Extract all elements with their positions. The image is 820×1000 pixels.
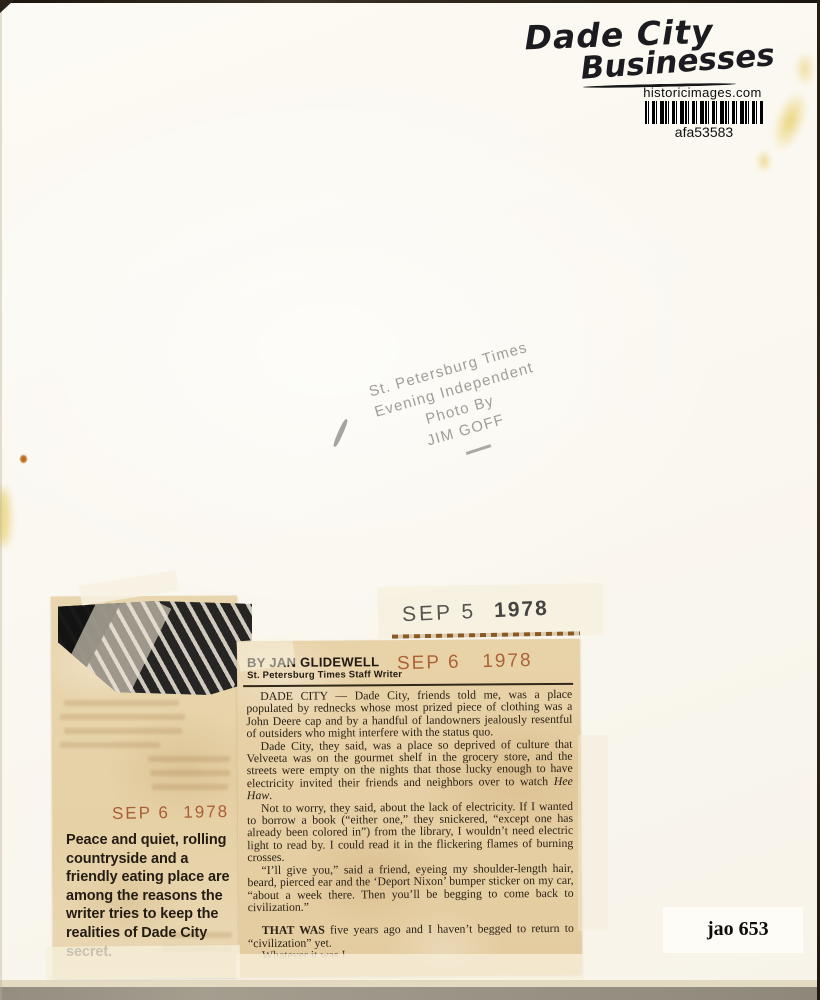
paper-edge-strip (0, 980, 820, 987)
tape-piece (578, 735, 608, 931)
photo-back-scan: St. Petersburg Times Evening Independent… (0, 0, 820, 1000)
date-stamp-caption: SEP 6 1978 (112, 802, 229, 824)
article-paragraph: Dade City, they said, was a place so dep… (247, 737, 573, 801)
article-paragraph: “I’ll give you,” said a friend, eyeing m… (247, 862, 573, 914)
tape-piece (236, 954, 584, 982)
stain (795, 52, 815, 86)
page-corner (0, 0, 14, 13)
caption-text: Peace and quiet, rolling countryside and… (66, 831, 236, 961)
showthrough-text (152, 784, 228, 790)
date-stamp-year: 1978 (494, 597, 550, 622)
page-edge (0, 0, 820, 3)
stain (20, 455, 27, 463)
stain (766, 87, 814, 155)
showthrough-text (60, 714, 185, 720)
stamp-smudge-mark (466, 444, 493, 458)
showthrough-text (64, 700, 179, 706)
archive-id-label: jao 653 (707, 918, 769, 941)
showthrough-text (60, 742, 160, 748)
barcode-website-label: historicimages.com (640, 85, 765, 100)
barcode-number: afa53583 (645, 124, 763, 140)
showthrough-text (150, 770, 230, 776)
page-edge (0, 0, 2, 1000)
scanner-edge-strip (0, 987, 820, 1000)
article-text: Dade City, they said, was a place so dep… (247, 736, 573, 789)
barcode-icon (645, 101, 763, 124)
date-stamp-day: SEP 5 (402, 600, 477, 626)
article-paragraph: Not to worry, they said, about the lack … (247, 800, 573, 864)
archive-id-card: jao 653 (663, 907, 803, 953)
agency-stamp: St. Petersburg Times Evening Independent… (335, 328, 579, 472)
article-body: DADE CITY — Dade City, friends told me, … (246, 688, 574, 960)
article-paragraph: DADE CITY — Dade City, friends told me, … (246, 688, 572, 740)
article-byline-org: St. Petersburg Times Staff Writer (247, 669, 402, 681)
showthrough-text (148, 756, 230, 762)
stain (756, 150, 772, 172)
tape-piece (46, 945, 240, 980)
article-paragraph: THAT WAS five years ago and I haven’t be… (248, 922, 574, 949)
handwritten-title: Dade City Businesses (524, 10, 775, 86)
showthrough-text (64, 728, 182, 734)
date-stamp-article: SEP 6 1978 (397, 650, 533, 675)
article-clipping: BY JAN GLIDEWELL St. Petersburg Times St… (237, 639, 582, 977)
